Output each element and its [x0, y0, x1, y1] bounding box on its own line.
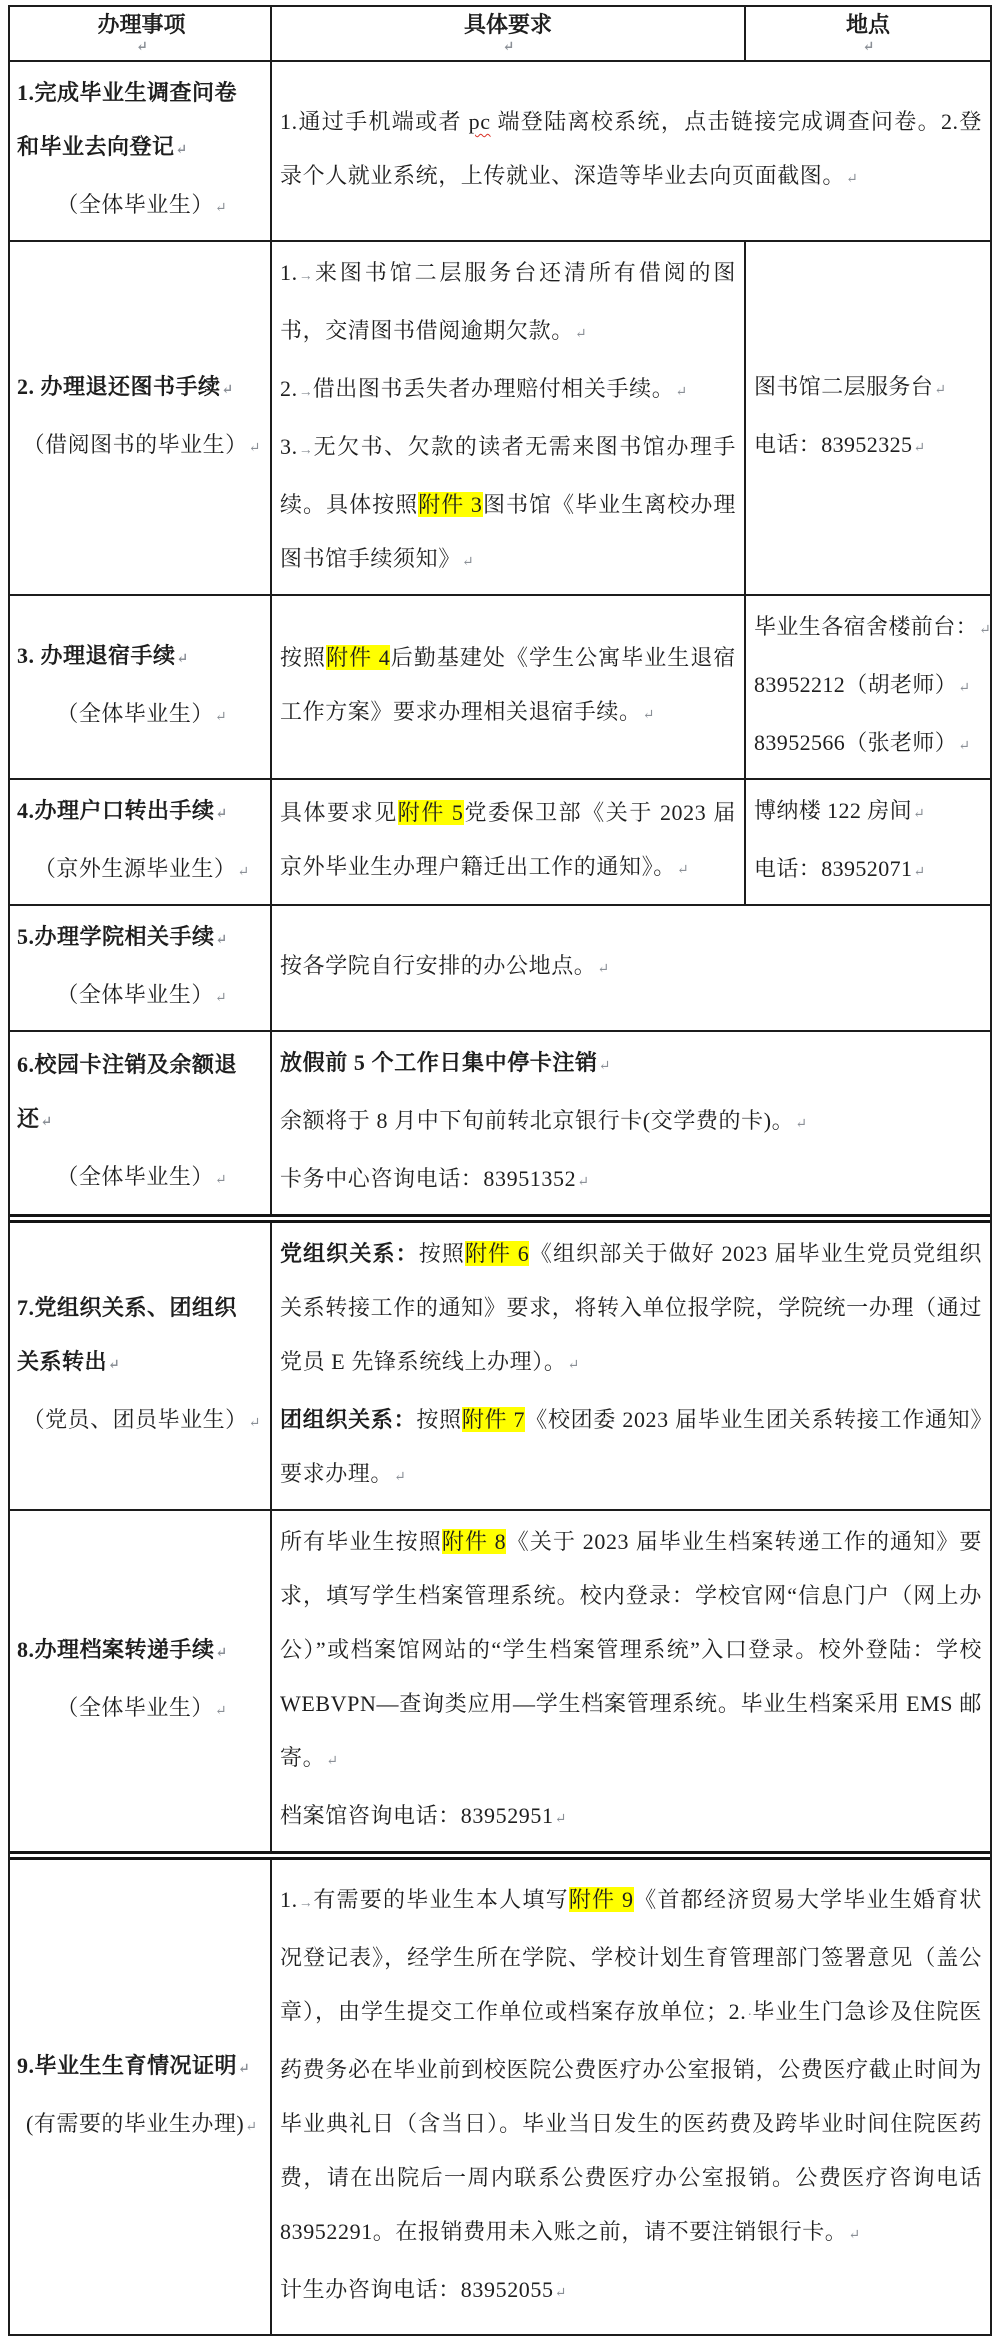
- requirement-paragraph: 1.→有需要的毕业生本人填写附件 9《首都经济贸易大学毕业生婚育状况登记表》，经…: [280, 1873, 982, 2263]
- text-segment: 来图书馆二层服务台还清所有借阅的图书，交清图书借阅逾期欠款。: [280, 260, 736, 343]
- requirements-cell: 党组织关系：按照附件 6《组织部关于做好 2023 届毕业生党员党组织关系转接工…: [270, 1223, 990, 1509]
- requirement-paragraph: 2.→借出图书丢失者办理赔付相关手续。↵: [280, 362, 736, 420]
- text-segment: （京外生源毕业生）: [34, 856, 237, 881]
- text-segment: 和毕业去向登记: [17, 134, 175, 159]
- requirement-paragraph: 按各学院自行安排的办公地点。↵: [280, 939, 982, 997]
- text-segment: 《关于 2023 届毕业生档案转递工作的通知》要求，填写学生档案管理系统。校内登…: [280, 1529, 982, 1770]
- paragraph-mark: →: [298, 443, 313, 458]
- text-segment: 1.完成毕业生调查问卷: [17, 80, 237, 105]
- item-audience-note: (有需要的毕业生办理)↵: [17, 2097, 266, 2155]
- text-segment: 电话：83952071: [754, 856, 912, 881]
- header-item-column: 办理事项↵: [10, 7, 270, 60]
- paragraph-mark: →: [298, 1896, 313, 1911]
- document-page: 办理事项↵ 具体要求↵ 地点↵ 1.完成毕业生调查问卷和毕业去向登记↵（全体毕业…: [0, 0, 1000, 2199]
- item-title-line: 8.办理档案转递手续↵: [17, 1623, 266, 1681]
- paragraph-mark: ↵: [794, 1117, 807, 1132]
- text-segment: （全体毕业生）: [56, 1164, 214, 1189]
- paragraph-mark: →: [298, 269, 313, 284]
- paragraph-mark: ↵: [221, 383, 234, 398]
- text-segment: 按照: [419, 1241, 465, 1266]
- paragraph-mark: ↵: [214, 710, 227, 725]
- procedure-row-3: 3. 办理退宿手续↵（全体毕业生）↵按照附件 4后勤基建处《学生公寓毕业生退宿工…: [10, 594, 990, 778]
- item-audience-note: （全体毕业生）↵: [17, 687, 266, 745]
- item-audience-note: （全体毕业生）↵: [17, 1681, 266, 1739]
- item-audience-note: （党员、团员毕业生）↵: [17, 1393, 266, 1451]
- text-segment: 8.办理档案转递手续: [17, 1637, 215, 1662]
- paragraph-mark: ↵: [676, 863, 689, 878]
- paragraph-mark: ↵: [248, 441, 261, 456]
- text-segment: 7.党组织关系、团组织: [17, 1295, 237, 1320]
- location-line: 83952212（胡老师）↵: [754, 658, 982, 716]
- paragraph-mark: ↵: [642, 708, 655, 723]
- location-cell: 博纳楼 122 房间↵电话：83952071↵: [744, 780, 990, 904]
- requirement-paragraph: 团组织关系：按照附件 7《校团委 2023 届毕业生团关系转接工作通知》要求办理…: [280, 1393, 982, 1505]
- requirements-cell: 按照附件 4后勤基建处《学生公寓毕业生退宿工作方案》要求办理相关退宿手续。↵: [270, 596, 744, 778]
- paragraph-mark: ↵: [215, 933, 228, 948]
- text-segment: 2. 办理退还图书手续: [17, 374, 221, 399]
- text-segment: 关系转出: [17, 1349, 107, 1374]
- paragraph-mark: ↵: [135, 39, 148, 57]
- paragraph-mark: ↵: [502, 39, 515, 57]
- requirements-cell: 放假前 5 个工作日集中停卡注销↵余额将于 8 月中下旬前转北京银行卡(交学费的…: [270, 1032, 990, 1214]
- item-title-line: 4.办理户口转出手续↵: [17, 784, 266, 842]
- procedure-row-1: 1.完成毕业生调查问卷和毕业去向登记↵（全体毕业生）↵1.通过手机端或者 pc …: [10, 60, 990, 240]
- item-title-line: 5.办理学院相关手续↵: [17, 910, 266, 968]
- page-body: { "header": [ [{"t":"办理事项"},{"t":"↵","s"…: [0, 0, 1000, 2199]
- procedure-row-4: 4.办理户口转出手续↵（京外生源毕业生）↵具体要求见附件 5党委保卫部《关于 2…: [10, 778, 990, 904]
- paragraph-mark: ↵: [596, 962, 609, 977]
- item-cell: 1.完成毕业生调查问卷和毕业去向登记↵（全体毕业生）↵: [10, 62, 270, 240]
- requirement-paragraph: 1.通过手机端或者 pc 端登陆离校系统，点击链接完成调查问卷。2.登录个人就业…: [280, 95, 982, 207]
- location-line: 图书馆二层服务台↵: [754, 360, 982, 418]
- item-cell: 7.党组织关系、团组织关系转出↵（党员、团员毕业生）↵: [10, 1223, 270, 1509]
- paragraph-mark: ↵: [176, 652, 189, 667]
- paragraph-mark: ↵: [674, 385, 687, 400]
- requirement-paragraph: 所有毕业生按照附件 8《关于 2023 届毕业生档案转递工作的通知》要求，填写学…: [280, 1515, 982, 1789]
- text-segment: （党员、团员毕业生）: [23, 1407, 248, 1432]
- paragraph-mark: ↵: [393, 1470, 406, 1485]
- requirement-paragraph: 放假前 5 个工作日集中停卡注销↵: [280, 1036, 982, 1094]
- text-segment: 所有毕业生按照: [280, 1529, 442, 1554]
- procedure-row-2: 2. 办理退还图书手续↵（借阅图书的毕业生）↵1.→来图书馆二层服务台还清所有借…: [10, 240, 990, 594]
- item-audience-note: （京外生源毕业生）↵: [17, 842, 266, 900]
- location-line: 83952566（张老师）↵: [754, 716, 982, 774]
- text-segment: （借阅图书的毕业生）: [23, 432, 248, 457]
- paragraph-mark: ↵: [107, 1358, 120, 1373]
- requirement-paragraph: 1.→来图书馆二层服务台还清所有借阅的图书，交清图书借阅逾期欠款。↵: [280, 246, 736, 362]
- text-segment: 党组织关系：: [280, 1241, 419, 1266]
- item-title-line: 1.完成毕业生调查问卷: [17, 66, 266, 120]
- location-line: 电话：83952325↵: [754, 418, 982, 476]
- highlighted-attachment-ref: 附件 7: [462, 1407, 525, 1432]
- paragraph-mark: ↵: [214, 201, 227, 216]
- item-title-line: 7.党组织关系、团组织: [17, 1281, 266, 1335]
- paragraph-mark: →: [298, 385, 313, 400]
- text-segment: 5.办理学院相关手续: [17, 924, 215, 949]
- paragraph-mark: ↵: [214, 1173, 227, 1188]
- text-segment: 1.: [280, 1887, 298, 1912]
- item-cell: 4.办理户口转出手续↵（京外生源毕业生）↵: [10, 780, 270, 904]
- text-segment: 借出图书丢失者办理赔付相关手续。: [313, 376, 675, 401]
- requirements-cell: 具体要求见附件 5党委保卫部《关于 2023 届京外毕业生办理户籍迁出工作的通知…: [270, 780, 744, 904]
- paragraph-mark: ↵: [957, 681, 970, 696]
- highlighted-attachment-ref: 附件 5: [398, 800, 464, 825]
- paragraph-mark: ↵: [845, 172, 858, 187]
- item-title-line: 2. 办理退还图书手续↵: [17, 360, 266, 418]
- text-segment: 4.办理户口转出手续: [17, 798, 215, 823]
- item-cell: 3. 办理退宿手续↵（全体毕业生）↵: [10, 596, 270, 778]
- text-segment: 余额将于 8 月中下旬前转北京银行卡(交学费的卡)。: [280, 1108, 794, 1133]
- requirements-cell: 按各学院自行安排的办公地点。↵: [270, 906, 990, 1030]
- paragraph-mark: ↵: [574, 327, 587, 342]
- procedure-row-9: 9.毕业生生育情况证明↵(有需要的毕业生办理)↵1.→有需要的毕业生本人填写附件…: [10, 1851, 990, 2334]
- requirements-cell: 1.→来图书馆二层服务台还清所有借阅的图书，交清图书借阅逾期欠款。↵2.→借出图…: [270, 242, 744, 594]
- highlighted-attachment-ref: 附件 3: [418, 492, 482, 517]
- item-audience-note: （全体毕业生）↵: [17, 1150, 266, 1208]
- paragraph-mark: ↵: [862, 39, 875, 57]
- paragraph-mark: ↵: [214, 1704, 227, 1719]
- header-location-column: 地点↵: [744, 7, 990, 60]
- text-segment: 1.: [280, 260, 298, 285]
- paragraph-mark: ↵: [847, 2228, 860, 2243]
- paragraph-mark: ↵: [554, 1812, 567, 1827]
- requirements-cell: 1.→有需要的毕业生本人填写附件 9《首都经济贸易大学毕业生婚育状况登记表》，经…: [270, 1860, 990, 2334]
- text-segment: 83952212（胡老师）: [754, 672, 957, 697]
- text-segment: 具体要求: [464, 11, 552, 39]
- text-segment: pc: [469, 109, 491, 134]
- paragraph-mark: ↵: [237, 2062, 250, 2077]
- text-segment: 83952566（张老师）: [754, 730, 957, 755]
- item-title-line: 6.校园卡注销及余额退: [17, 1038, 266, 1092]
- paragraph-mark: ↵: [554, 2286, 567, 2301]
- item-audience-note: （全体毕业生）↵: [17, 178, 266, 236]
- item-audience-note: （全体毕业生）↵: [17, 968, 266, 1026]
- location-line: 毕业生各宿舍楼前台：↵: [754, 600, 982, 658]
- table-body: 1.完成毕业生调查问卷和毕业去向登记↵（全体毕业生）↵1.通过手机端或者 pc …: [10, 60, 990, 2334]
- paragraph-mark: ↵: [978, 623, 991, 638]
- item-cell: 2. 办理退还图书手续↵（借阅图书的毕业生）↵: [10, 242, 270, 594]
- highlighted-attachment-ref: 附件 9: [569, 1887, 634, 1912]
- item-title-line: 关系转出↵: [17, 1335, 266, 1393]
- text-segment: 按照: [280, 645, 326, 670]
- paragraph-mark: ↵: [598, 1059, 611, 1074]
- text-segment: 9.毕业生生育情况证明: [17, 2053, 237, 2078]
- paragraph-mark: ↵: [576, 1175, 589, 1190]
- text-segment: 按照: [416, 1407, 461, 1432]
- text-segment: 放假前 5 个工作日集中停卡注销: [280, 1050, 598, 1075]
- text-segment: （全体毕业生）: [56, 701, 214, 726]
- paragraph-mark: ↵: [215, 1646, 228, 1661]
- text-segment: 卡务中心咨询电话：83951352: [280, 1166, 576, 1191]
- item-title-line: 和毕业去向登记↵: [17, 120, 266, 178]
- procedure-row-5: 5.办理学院相关手续↵（全体毕业生）↵按各学院自行安排的办公地点。↵: [10, 904, 990, 1030]
- text-segment: 1.通过手机端或者: [280, 109, 469, 134]
- paragraph-mark: ↵: [325, 1754, 338, 1769]
- item-cell: 5.办理学院相关手续↵（全体毕业生）↵: [10, 906, 270, 1030]
- requirement-paragraph: 计生办咨询电话：83952055↵: [280, 2263, 982, 2321]
- paragraph-mark: ↵: [912, 807, 925, 822]
- requirement-paragraph: 余额将于 8 月中下旬前转北京银行卡(交学费的卡)。↵: [280, 1094, 982, 1152]
- location-cell: 图书馆二层服务台↵电话：83952325↵: [744, 242, 990, 594]
- item-title-line: 还↵: [17, 1092, 266, 1150]
- text-segment: 3.: [280, 434, 298, 459]
- text-segment: 2.: [280, 376, 298, 401]
- text-segment: 还: [17, 1106, 40, 1131]
- location-cell: 毕业生各宿舍楼前台：↵83952212（胡老师）↵83952566（张老师）↵: [744, 596, 990, 778]
- procedure-row-6: 6.校园卡注销及余额退还↵（全体毕业生）↵放假前 5 个工作日集中停卡注销↵余额…: [10, 1030, 990, 1214]
- text-segment: 有需要的毕业生本人填写: [313, 1887, 569, 1912]
- paragraph-mark: ↵: [933, 383, 946, 398]
- requirement-paragraph: 档案馆咨询电话：83952951↵: [280, 1789, 982, 1847]
- text-segment: 按各学院自行安排的办公地点。: [280, 953, 596, 978]
- requirement-paragraph: 按照附件 4后勤基建处《学生公寓毕业生退宿工作方案》要求办理相关退宿手续。↵: [280, 631, 736, 743]
- procedures-table: 办理事项↵ 具体要求↵ 地点↵ 1.完成毕业生调查问卷和毕业去向登记↵（全体毕业…: [8, 5, 992, 2336]
- item-cell: 9.毕业生生育情况证明↵(有需要的毕业生办理)↵: [10, 1860, 270, 2334]
- text-segment: 办理事项: [97, 11, 185, 39]
- text-segment: 3. 办理退宿手续: [17, 643, 176, 668]
- text-segment: (有需要的毕业生办理): [26, 2111, 244, 2136]
- header-requirements-column: 具体要求↵: [270, 7, 744, 60]
- text-segment: 地点: [846, 11, 890, 39]
- paragraph-mark: ↵: [912, 441, 925, 456]
- highlighted-attachment-ref: 附件 4: [326, 645, 390, 670]
- text-segment: 计生办咨询电话：83952055: [280, 2277, 554, 2302]
- paragraph-mark: ↵: [912, 865, 925, 880]
- procedure-row-7: 7.党组织关系、团组织关系转出↵（党员、团员毕业生）↵党组织关系：按照附件 6《…: [10, 1214, 990, 1509]
- highlighted-attachment-ref: 附件 8: [442, 1529, 506, 1554]
- text-segment: （全体毕业生）: [56, 1695, 214, 1720]
- paragraph-mark: ↵: [215, 807, 228, 822]
- item-cell: 6.校园卡注销及余额退还↵（全体毕业生）↵: [10, 1032, 270, 1214]
- table-header-row: 办理事项↵ 具体要求↵ 地点↵: [10, 7, 990, 60]
- paragraph-mark: ↵: [175, 143, 188, 158]
- text-segment: 具体要求见: [280, 800, 398, 825]
- text-segment: 毕业生各宿舍楼前台：: [754, 614, 978, 639]
- text-segment: 图书馆二层服务台: [754, 374, 933, 399]
- paragraph-mark: ↵: [214, 991, 227, 1006]
- paragraph-mark: ↵: [244, 2120, 257, 2135]
- requirements-cell: 所有毕业生按照附件 8《关于 2023 届毕业生档案转递工作的通知》要求，填写学…: [270, 1511, 990, 1851]
- text-segment: （全体毕业生）: [56, 982, 214, 1007]
- text-segment: 毕业生门急诊及住院医药费务必在毕业前到校医院公费医疗办公室报销，公费医疗截止时间…: [280, 1999, 982, 2244]
- location-line: 博纳楼 122 房间↵: [754, 784, 982, 842]
- text-segment: 团组织关系：: [280, 1407, 416, 1432]
- requirement-paragraph: 党组织关系：按照附件 6《组织部关于做好 2023 届毕业生党员党组织关系转接工…: [280, 1227, 982, 1393]
- paragraph-mark: ↵: [248, 1416, 261, 1431]
- requirement-paragraph: 具体要求见附件 5党委保卫部《关于 2023 届京外毕业生办理户籍迁出工作的通知…: [280, 786, 736, 898]
- text-segment: （全体毕业生）: [56, 192, 214, 217]
- location-line: 电话：83952071↵: [754, 842, 982, 900]
- item-title-line: 9.毕业生生育情况证明↵: [17, 2039, 266, 2097]
- requirement-paragraph: 卡务中心咨询电话：83951352↵: [280, 1152, 982, 1210]
- text-segment: 6.校园卡注销及余额退: [17, 1052, 237, 1077]
- text-segment: 博纳楼 122 房间: [754, 798, 912, 823]
- highlighted-attachment-ref: 附件 6: [465, 1241, 529, 1266]
- paragraph-mark: ↵: [566, 1358, 579, 1373]
- requirement-paragraph: 3.→无欠书、欠款的读者无需来图书馆办理手续。具体按照附件 3图书馆《毕业生离校…: [280, 420, 736, 590]
- text-segment: 电话：83952325: [754, 432, 912, 457]
- paragraph-mark: ↵: [957, 739, 970, 754]
- requirements-cell: 1.通过手机端或者 pc 端登陆离校系统，点击链接完成调查问卷。2.登录个人就业…: [270, 62, 990, 240]
- item-audience-note: （借阅图书的毕业生）↵: [17, 418, 266, 476]
- item-cell: 8.办理档案转递手续↵（全体毕业生）↵: [10, 1511, 270, 1851]
- text-segment: 档案馆咨询电话：83952951: [280, 1803, 554, 1828]
- paragraph-mark: ↵: [236, 865, 249, 880]
- procedure-row-8: 8.办理档案转递手续↵（全体毕业生）↵所有毕业生按照附件 8《关于 2023 届…: [10, 1509, 990, 1851]
- paragraph-mark: ↵: [461, 555, 474, 570]
- paragraph-mark: ↵: [40, 1115, 53, 1130]
- item-title-line: 3. 办理退宿手续↵: [17, 629, 266, 687]
